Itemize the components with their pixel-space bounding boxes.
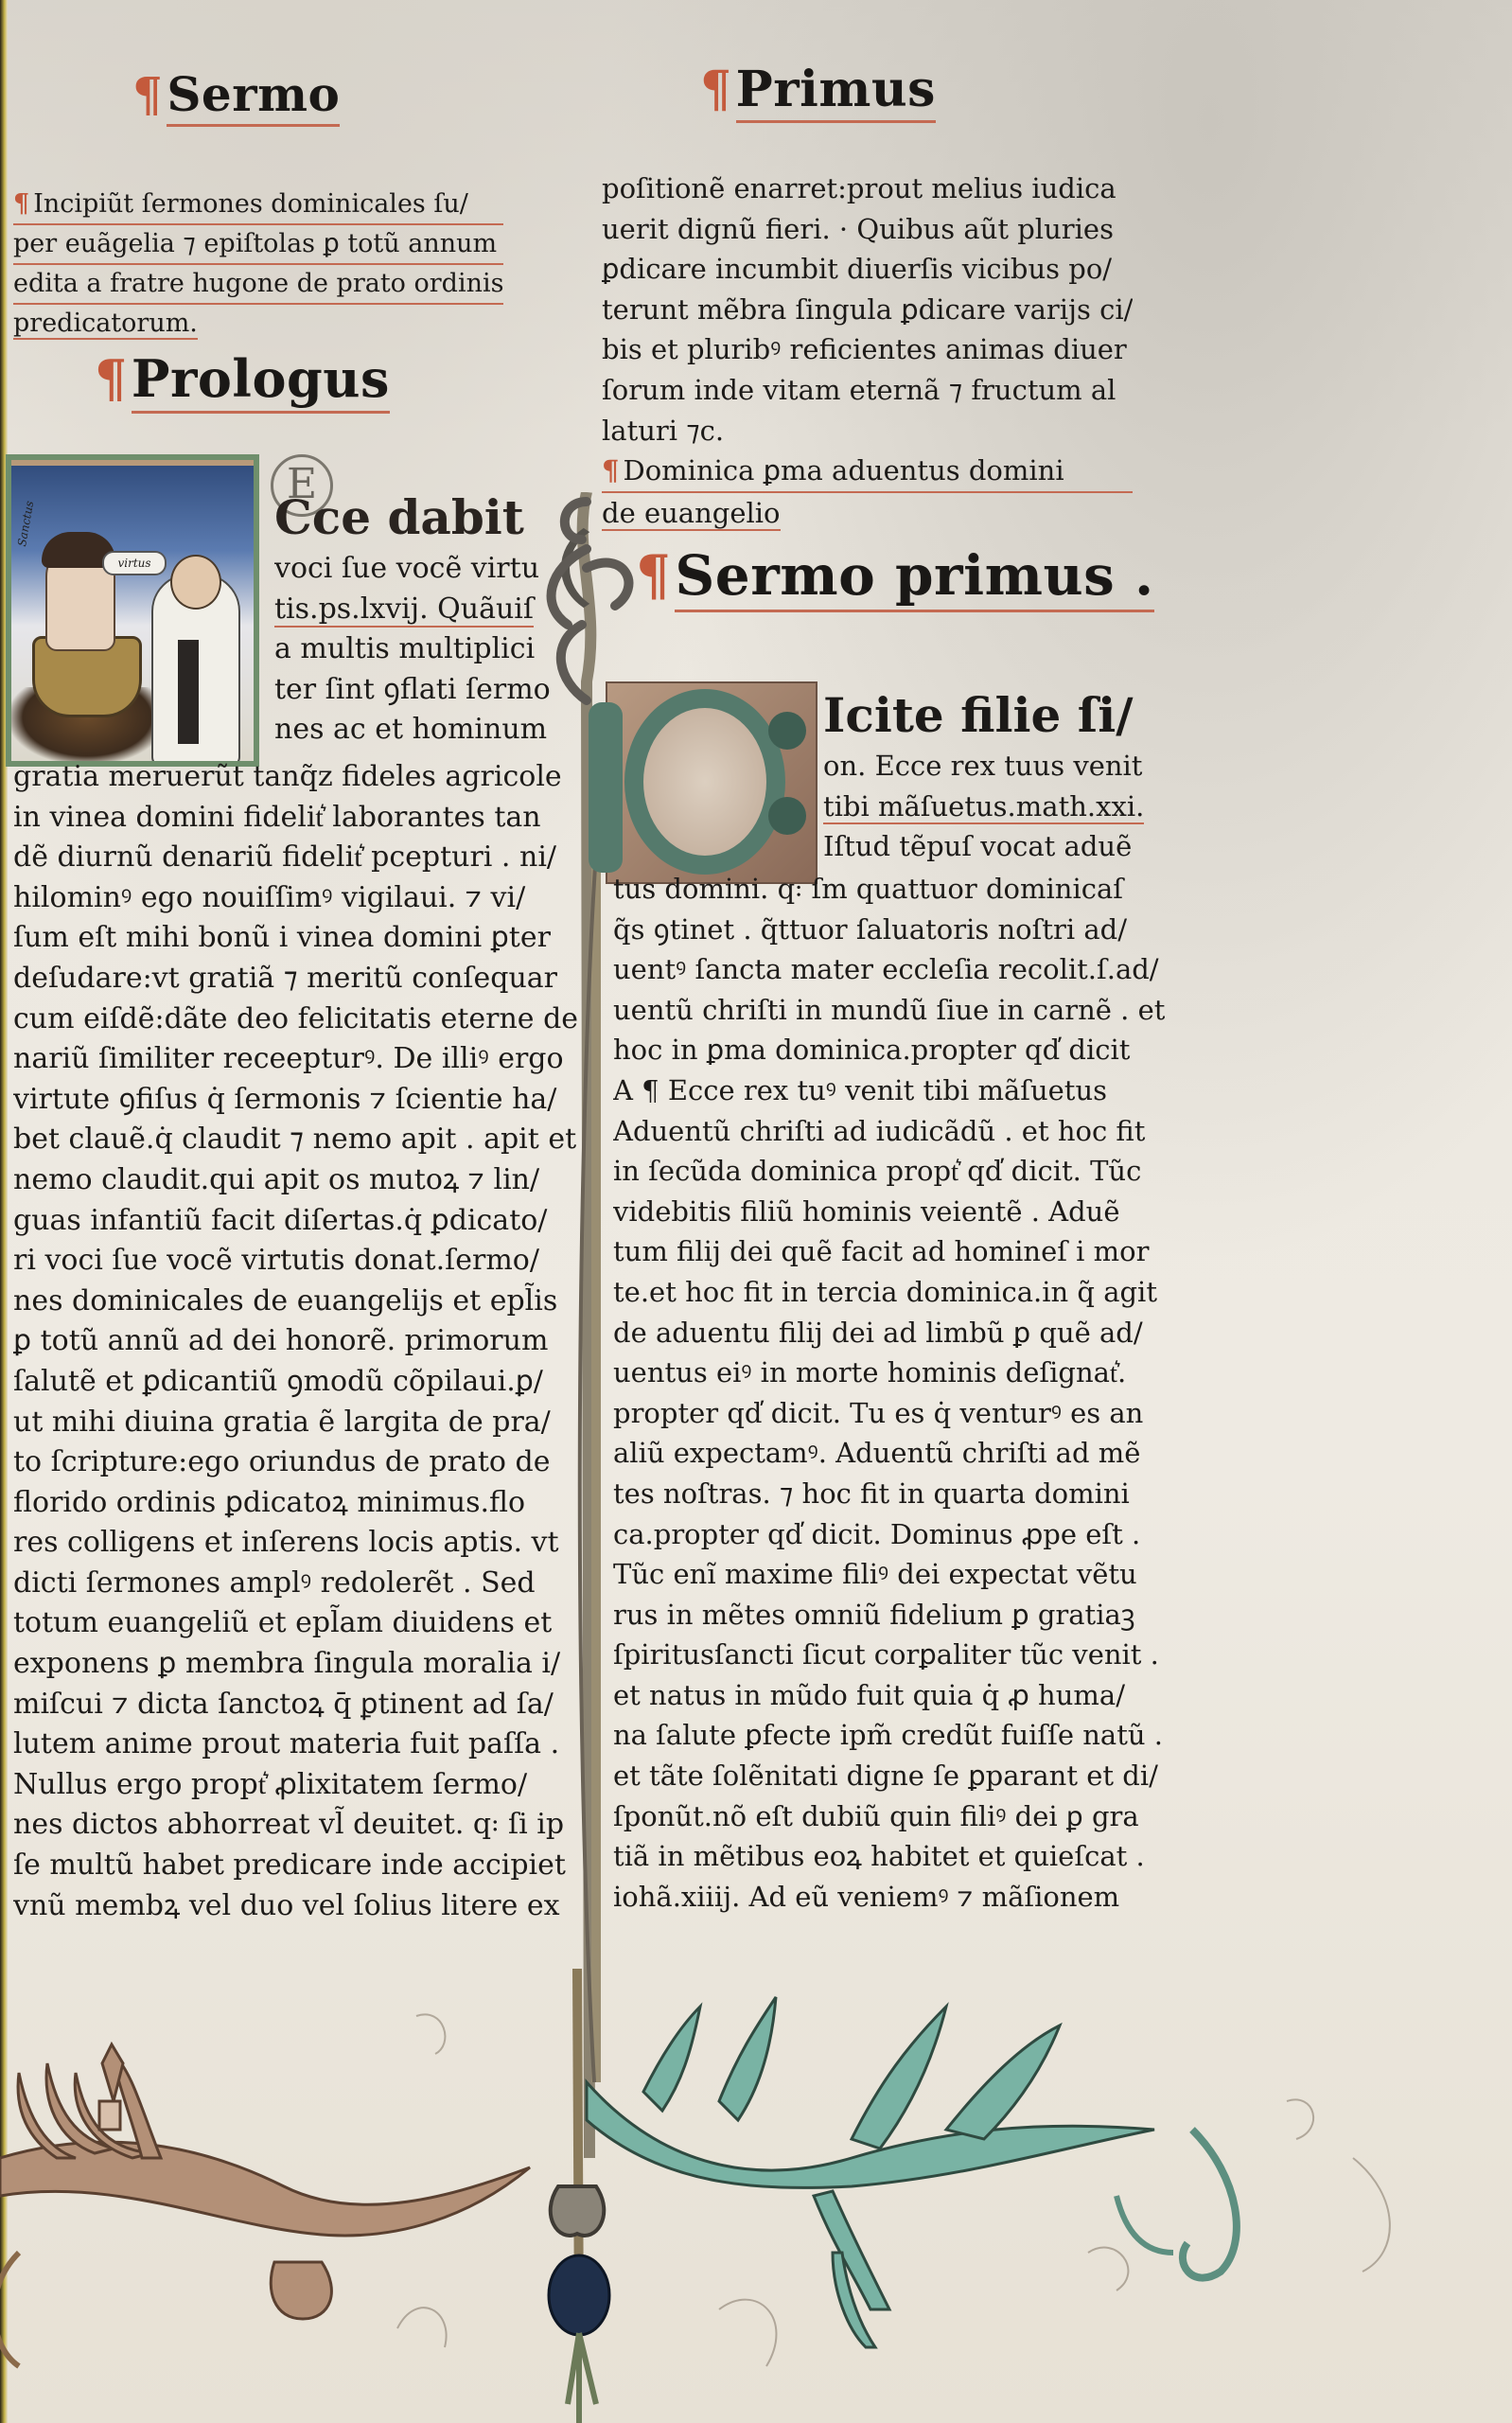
text-line: ca.propter qd̕ dicit. Dominus ꝓpe eſt .	[613, 1514, 1165, 1555]
text-line: hoc in ꝑma dominica.propter qd̕ dicit	[613, 1030, 1165, 1070]
speech-scroll: virtus	[102, 551, 167, 575]
green-acanthus-leaf	[587, 1997, 1237, 2347]
left-column-body: gratia meruerũt tanq̃z fideles agricole …	[13, 757, 578, 1926]
running-head-left: ¶Sermo	[132, 66, 340, 122]
pilcrow-icon: ¶	[13, 189, 29, 219]
text-line: Tũc enĩ maxime filiꝰ dei expectat vẽtu	[613, 1554, 1165, 1595]
text-line: dicti ſermones amplꝰ redolerẽt . Sed	[13, 1564, 578, 1604]
text-line: tiã in mẽtibus eoꝝ habitet et quieſcat .	[613, 1836, 1165, 1877]
text-line: propter qd̕ dicit. Tu es q̇ venturꝰ es a…	[613, 1393, 1165, 1434]
text-line: rus in mẽtes omniũ fidelium ꝑ gratiaꝫ	[613, 1595, 1165, 1636]
floral-border-bottom	[0, 1969, 1512, 2423]
text-line: bet clauẽ.q̇ claudit ⁊ nemo apit . apit …	[13, 1120, 578, 1160]
text-line: Aduentũ chriſti ad iudicãdũ . et hoc fit	[613, 1111, 1165, 1152]
pilcrow-icon: ¶	[95, 348, 128, 409]
rubric-line: de euangelio	[602, 493, 1133, 534]
text-line: uerit dignũ fieri. · Quibus aũt pluries	[602, 209, 1133, 250]
text-line: ſorum inde vitam eternã ⁊ fructum al	[602, 370, 1133, 411]
text-line: uentus eiꝰ in morte hominis deſignat͛.	[613, 1353, 1165, 1393]
text-line: terunt mẽbra ſingula ꝑdicare varijs ci/	[602, 290, 1133, 330]
blue-berry	[549, 2255, 609, 2335]
text-line: deſudare:vt gratiã ⁊ meritũ conſequar	[13, 959, 578, 999]
text-line: vnũ membꝝ vel duo vel ſolius litere ex	[13, 1886, 578, 1927]
incipit-line: per euãgelia ⁊ epiſtolas ꝑ totũ annum	[13, 225, 503, 265]
text-line: florido ordinis ꝑdicatoꝝ minimus.flo	[13, 1483, 578, 1524]
incipit: ¶Incipiũt ſermones dominicales ſu/ per e…	[13, 186, 503, 343]
pilcrow-icon: ¶	[132, 66, 163, 122]
text-line: totum euangeliũ et epl̃am diuidens et	[13, 1603, 578, 1644]
text-line: nes dictos abhorreat vl̃ deuitet. q꞉ ſi …	[13, 1805, 578, 1846]
running-head-right: ¶Primus	[700, 61, 936, 118]
text-line: ſum eſt mihi bonũ i vinea domini ꝑter	[13, 918, 578, 959]
text-line: de aduentu filij dei ad limbũ ꝑ quẽ ad/	[613, 1313, 1165, 1353]
sermo-primus-heading: ¶Sermo primus .	[636, 543, 1154, 608]
rubric-line: ¶Dominica ꝑma aduentus domini	[602, 451, 1133, 493]
text-line: et natus in mũdo fuit quia q̇ ꝓ huma/	[613, 1675, 1165, 1716]
text-line: tus domini. q꞉ ſm quattuor dominicaſ	[613, 869, 1165, 910]
text-line: res colligens et inſerens locis aptis. v…	[13, 1523, 578, 1564]
miniature-illustration: virtus Sanctus	[6, 454, 259, 767]
text-line: ſe multũ habet predicare inde accipiet	[13, 1846, 578, 1886]
incipit-line: predicatorum.	[13, 305, 503, 343]
text-line: ſalutẽ et ꝑdicantiũ ꝯmodũ cõpilaui.ꝑ/	[13, 1362, 578, 1403]
text-line: ri voci ſue vocẽ virtutis donat.ſermo/	[13, 1241, 578, 1282]
text-line: cum eiſdẽ:dãte deo felicitatis eterne de	[13, 999, 578, 1040]
text-line: ſponũt.nõ eſt dubiũ quin filiꝰ dei ꝑ gra	[613, 1796, 1165, 1837]
right-column-top: poſitionẽ enarret:prout melius iudica ue…	[602, 168, 1133, 533]
incipit-line: edita a fratre hugone de prato ordinis	[13, 265, 503, 305]
text-line: Nullus ergo propt͛ ꝓlixitatem ſermo/	[13, 1765, 578, 1806]
text-line: na ſalute ꝑfecte ipm̃ credũt fuiſſe natũ…	[613, 1715, 1165, 1756]
text-line: ꝑ totũ annũ ad dei honorẽ. primorum	[13, 1321, 578, 1362]
text-line: A ¶ Ecce rex tuꝰ venit tibi mãſuetus	[613, 1070, 1165, 1111]
text-line: bis et pluribꝰ reficientes animas diuer	[602, 329, 1133, 370]
text-line: videbitis filiũ hominis veientẽ . Aduẽ	[613, 1192, 1165, 1232]
pilcrow-icon: ¶	[602, 454, 619, 486]
text-line: ut mihi diuina gratia ẽ largita de pra/	[13, 1403, 578, 1443]
text-line: nemo claudit.qui apit os mutoꝝ ⁊ lin/	[13, 1160, 578, 1201]
pilcrow-icon: ¶	[700, 61, 732, 118]
text-line: et tãte ſolẽnitati digne ſe ꝑparant et d…	[613, 1756, 1165, 1796]
text-line: aliũ expectamꝰ. Aduentũ chriſti ad mẽ	[613, 1433, 1165, 1474]
sermon-opening: Icite filie ſi/ on. Ecce rex tuus venit …	[823, 685, 1144, 867]
text-line: in vinea domini fidelit͛ laborantes tan	[13, 798, 578, 839]
text-line: in ſecũda dominica propt͛ qd̕ dicit. Tũc	[613, 1151, 1165, 1192]
text-line: uentũ chriſti in mundũ ſiue in carnẽ . e…	[613, 990, 1165, 1031]
brown-acanthus-leaf	[0, 2044, 530, 2319]
text-line: uentꝰ ſancta mater eccleſia recolit.ſ.ad…	[613, 949, 1165, 990]
text-line: laturi ⁊c.	[602, 411, 1133, 451]
text-line: hilominꝰ ego nouiſſimꝰ vigilaui. ⁊ vi/	[13, 878, 578, 919]
text-line: gratia meruerũt tanq̃z fideles agricole	[13, 757, 578, 798]
text-line: to ſcripture:ego oriundus de prato de	[13, 1442, 578, 1483]
illuminated-initial-d: D	[606, 681, 818, 884]
text-line: virtute ꝯfiſus q̇ ſermonis ⁊ ſcientie ha…	[13, 1080, 578, 1121]
text-line: tum filij dei quẽ facit ad homineſ i mor	[613, 1231, 1165, 1272]
right-column-body: tus domini. q꞉ ſm quattuor dominicaſ q̃s…	[613, 869, 1165, 1917]
halo-inscription: Sanctus	[15, 500, 36, 547]
text-line: poſitionẽ enarret:prout melius iudica	[602, 168, 1133, 209]
text-line: ſpiritusſancti ſicut corꝑaliter tũc veni…	[613, 1635, 1165, 1675]
text-line: dẽ diurnũ denariũ fidelit͛ pcepturi . ni…	[13, 838, 578, 878]
text-line: iohã.xiiij. Ad eũ veniemꝰ ⁊ mãſionem	[613, 1877, 1165, 1918]
text-line: nariũ ſimiliter receepturꝰ. De illiꝰ erg…	[13, 1039, 578, 1080]
incipit-line: ¶Incipiũt ſermones dominicales ſu/	[13, 186, 503, 225]
text-line: guas infantiũ facit diſertas.q̇ ꝑdicato/	[13, 1201, 578, 1242]
text-line: q̃s ꝯtinet . q̃ttuor ſaluatoris noſtri a…	[613, 910, 1165, 950]
text-line: lutem anime prout materia fuit paſſa .	[13, 1724, 578, 1765]
text-line: exponens ꝑ membra ſingula moralia i/	[13, 1644, 578, 1685]
text-line: tes noſtras. ⁊ hoc fit in quarta domini	[613, 1474, 1165, 1514]
text-line: te.et hoc fit in tercia dominica.in q̃ a…	[613, 1272, 1165, 1313]
text-line: miſcui ⁊ dicta ſanctoꝝ q̄ ꝑtinent ad ſa/	[13, 1685, 578, 1725]
text-line: nes dominicales de euangelijs et epl̃is	[13, 1282, 578, 1322]
prologue-opening: Cce dabit voci ſue vocẽ virtu tis.ps.lxv…	[274, 486, 551, 751]
manuscript-page: ¶Sermo ¶Primus ¶Incipiũt ſermones domini…	[0, 0, 1512, 2423]
prologus-heading: ¶Prologus	[95, 348, 390, 409]
brown-curl-left	[0, 2253, 19, 2366]
text-line: ꝑdicare incumbit diuerſis vicibus po/	[602, 249, 1133, 290]
